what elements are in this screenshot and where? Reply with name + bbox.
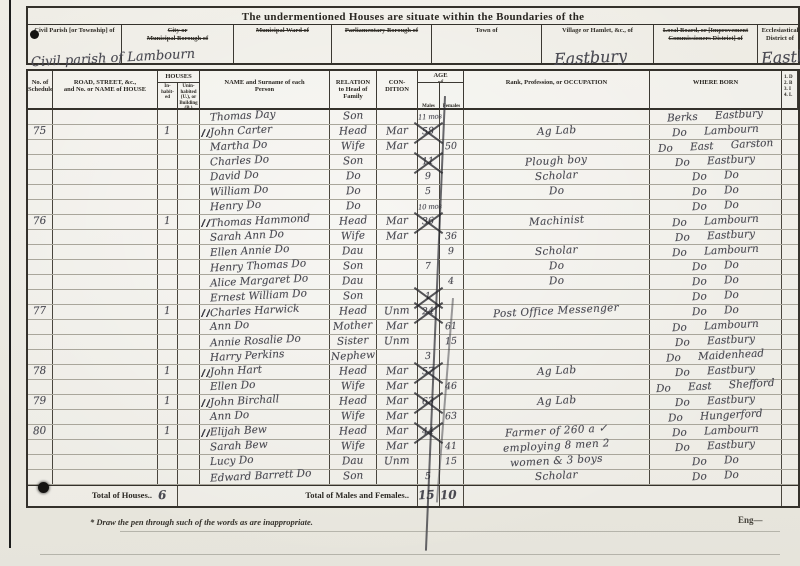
cell-condition: Mar xyxy=(377,125,418,139)
civil-parish-label: Civil Parish [or Township] of xyxy=(28,27,121,35)
cell-relation: Head xyxy=(330,395,377,409)
header-where-born: WHERE BORN xyxy=(650,71,782,110)
schedule-tick-mark xyxy=(201,429,210,437)
cell-infirmity xyxy=(782,110,798,124)
cell-person-name: David Do xyxy=(200,170,330,184)
cell-road-street xyxy=(53,290,158,304)
cell-occupation: Ag Lab xyxy=(464,125,650,139)
corner-mark: Eng— xyxy=(738,515,763,525)
cell-houses-inhabited xyxy=(158,140,178,154)
boundary-header-row: Civil Parish [or Township] of Civil pari… xyxy=(26,25,800,65)
cell-houses-uninhabited xyxy=(178,380,200,394)
cell-schedule-number: 78 xyxy=(28,365,53,379)
cell-occupation xyxy=(464,380,650,394)
cell-age-male xyxy=(418,275,440,289)
table-row: 75 1 John Carter Head Mar 58 Ag Lab Do L… xyxy=(28,125,798,140)
cell-person-name: Thomas Hammond xyxy=(200,215,330,229)
cell-condition: Mar xyxy=(377,320,418,334)
cell-infirmity xyxy=(782,275,798,289)
cell-where-born: Do Eastbury xyxy=(650,230,782,244)
municipal-ward-label: Municipal Ward of xyxy=(234,27,331,35)
table-row: Charles Do Son 11 Plough boy Do Eastbury xyxy=(28,155,798,170)
table-row: Edward Barrett Do Son 5 Scholar Do Do xyxy=(28,470,798,485)
cell-schedule-number xyxy=(28,260,53,274)
cell-occupation: Ag Lab xyxy=(464,395,650,409)
cell-relation: Sister xyxy=(330,335,377,349)
cell-person-name: John Carter xyxy=(200,125,330,139)
table-row: 77 1 Charles Harwick Head Unm 24 Post Of… xyxy=(28,305,798,320)
cell-where-born: Berks Eastbury xyxy=(650,110,782,124)
cell-schedule-number xyxy=(28,380,53,394)
cell-infirmity xyxy=(782,440,798,454)
parliamentary-borough-label: Parliamentary Borough of xyxy=(332,27,431,35)
cell-person-name: John Birchall xyxy=(200,395,330,409)
cell-houses-uninhabited xyxy=(178,470,200,484)
cell-road-street xyxy=(53,200,158,214)
cell-houses-inhabited xyxy=(158,320,178,334)
boundary-cell-civil-parish: Civil Parish [or Township] of Civil pari… xyxy=(28,25,122,63)
cell-condition xyxy=(377,185,418,199)
cell-road-street xyxy=(53,320,158,334)
boundary-banner: The undermentioned Houses are situate wi… xyxy=(26,6,800,25)
cell-occupation xyxy=(464,110,650,124)
table-row: Ellen Do Wife Mar 46 Do East Shefford xyxy=(28,380,798,395)
cell-occupation xyxy=(464,140,650,154)
boundary-cell-town: Town of xyxy=(432,25,542,63)
cell-infirmity xyxy=(782,125,798,139)
cell-relation: Son xyxy=(330,470,377,484)
cell-age-male: 44 xyxy=(418,425,440,439)
cell-condition: Mar xyxy=(377,365,418,379)
cell-road-street xyxy=(53,215,158,229)
cell-road-street xyxy=(53,410,158,424)
cell-houses-uninhabited xyxy=(178,155,200,169)
cell-houses-uninhabited xyxy=(178,200,200,214)
cell-person-name: Elijah Bew xyxy=(200,425,330,439)
cell-schedule-number xyxy=(28,440,53,454)
cell-age-female xyxy=(440,425,464,439)
cell-age-female xyxy=(440,125,464,139)
cell-schedule-number xyxy=(28,110,53,124)
table-row: David Do Do 9 Scholar Do Do xyxy=(28,170,798,185)
cell-age-female xyxy=(440,215,464,229)
cell-age-male: 36 xyxy=(418,215,440,229)
cell-age-female: 50 xyxy=(440,140,464,154)
cell-person-name: Ernest William Do xyxy=(200,290,330,304)
cell-relation: Head xyxy=(330,425,377,439)
cell-road-street xyxy=(53,155,158,169)
cell-person-name: Ellen Annie Do xyxy=(200,245,330,259)
cell-houses-uninhabited xyxy=(178,395,200,409)
cell-where-born: Do Do xyxy=(650,275,782,289)
cell-age-male: 24 xyxy=(418,305,440,319)
cell-condition xyxy=(377,245,418,259)
cell-infirmity xyxy=(782,155,798,169)
header-condition: CON- DITION xyxy=(377,71,418,110)
cell-age-male: 1 xyxy=(418,290,440,304)
cell-occupation: Ag Lab xyxy=(464,365,650,379)
cell-relation: Son xyxy=(330,260,377,274)
total-houses-value: 6 xyxy=(158,486,178,506)
cell-road-street xyxy=(53,425,158,439)
cell-relation: Son xyxy=(330,110,377,124)
cell-relation: Wife xyxy=(330,140,377,154)
cell-where-born: Do Lambourn xyxy=(650,425,782,439)
header-relation: RELATION to Head of Family xyxy=(330,71,377,110)
table-header-row: No. of Schedule ROAD, STREET, &c., and N… xyxy=(28,71,798,110)
cell-relation: Head xyxy=(330,305,377,319)
cell-age-male xyxy=(418,440,440,454)
cell-age-male: 57 xyxy=(418,365,440,379)
table-row: Thomas Day Son 11 mos Berks Eastbury xyxy=(28,110,798,125)
cell-age-male: 5 xyxy=(418,185,440,199)
boundary-cell-municipal-ward: Municipal Ward of xyxy=(234,25,332,63)
cell-relation: Mother xyxy=(330,320,377,334)
table-row: 78 1 John Hart Head Mar 57 Ag Lab Do Eas… xyxy=(28,365,798,380)
table-row: 79 1 John Birchall Head Mar 63 Ag Lab Do… xyxy=(28,395,798,410)
cell-occupation: Do xyxy=(464,275,650,289)
cell-where-born: Do East Shefford xyxy=(650,380,782,394)
scanned-census-page: The undermentioned Houses are situate wi… xyxy=(0,0,800,566)
ecclesiastical-label: Ecclesiastical District of xyxy=(758,27,800,42)
cell-infirmity xyxy=(782,350,798,364)
cell-houses-uninhabited xyxy=(178,185,200,199)
cell-age-male: 5 xyxy=(418,470,440,484)
header-schedule: No. of Schedule xyxy=(28,71,53,110)
cell-where-born: Do Do xyxy=(650,260,782,274)
cell-road-street xyxy=(53,380,158,394)
cell-relation: Head xyxy=(330,125,377,139)
header-age-males: Males xyxy=(418,83,440,110)
header-age-group: AGE of xyxy=(418,71,464,83)
cell-age-male xyxy=(418,320,440,334)
cell-condition xyxy=(377,470,418,484)
cell-age-male xyxy=(418,410,440,424)
ink-blot xyxy=(30,30,39,39)
census-table: No. of Schedule ROAD, STREET, &c., and N… xyxy=(26,69,800,508)
cell-occupation: women & 3 boys xyxy=(464,455,650,469)
cell-age-female xyxy=(440,200,464,214)
cell-houses-inhabited: 1 xyxy=(158,125,178,139)
schedule-tick-mark xyxy=(201,129,210,137)
cell-houses-uninhabited xyxy=(178,455,200,469)
village-value: Eastbury xyxy=(554,46,628,69)
cell-houses-inhabited: 1 xyxy=(158,365,178,379)
footer-row: * Draw the pen through such of the words… xyxy=(26,517,800,531)
cell-where-born: Do Do xyxy=(650,455,782,469)
table-row: 76 1 Thomas Hammond Head Mar 36 Machinis… xyxy=(28,215,798,230)
total-females-value: 10 xyxy=(440,486,464,506)
cell-age-female: 9 xyxy=(440,245,464,259)
totals-row: Total of Houses.. 6 Total of Males and F… xyxy=(28,485,798,506)
header-name: NAME and Surname of each Person xyxy=(200,71,330,110)
cell-infirmity xyxy=(782,215,798,229)
cell-schedule-number xyxy=(28,335,53,349)
cell-occupation xyxy=(464,350,650,364)
cell-relation: Wife xyxy=(330,410,377,424)
table-row: Martha Do Wife Mar 50 Do East Garston xyxy=(28,140,798,155)
cell-occupation xyxy=(464,230,650,244)
cell-road-street xyxy=(53,110,158,124)
cell-infirmity xyxy=(782,335,798,349)
cell-houses-uninhabited xyxy=(178,125,200,139)
cell-houses-inhabited xyxy=(158,170,178,184)
cell-infirmity xyxy=(782,290,798,304)
cell-condition: Mar xyxy=(377,395,418,409)
cell-where-born: Do Do xyxy=(650,170,782,184)
cell-infirmity xyxy=(782,245,798,259)
cell-where-born: Do Lambourn xyxy=(650,215,782,229)
cell-person-name: Ann Do xyxy=(200,410,330,424)
cell-person-name: Charles Do xyxy=(200,155,330,169)
cell-infirmity xyxy=(782,185,798,199)
total-males-value: 15 xyxy=(418,486,440,506)
cell-schedule-number xyxy=(28,320,53,334)
cell-age-female: 61 xyxy=(440,320,464,334)
table-row: Ellen Annie Do Dau 9 Scholar Do Lambourn xyxy=(28,245,798,260)
ink-blot xyxy=(38,482,49,493)
header-occupation: Rank, Profession, or OCCUPATION xyxy=(464,71,650,110)
cell-houses-inhabited xyxy=(158,185,178,199)
cell-infirmity xyxy=(782,140,798,154)
cell-relation: Wife xyxy=(330,380,377,394)
cell-condition: Mar xyxy=(377,380,418,394)
cell-age-female xyxy=(440,110,464,124)
cell-age-female: 63 xyxy=(440,410,464,424)
cell-relation: Do xyxy=(330,170,377,184)
cell-age-female: 36 xyxy=(440,230,464,244)
cell-age-male: 10 mos xyxy=(418,200,440,214)
header-age-females: Females xyxy=(440,83,464,110)
cell-age-female: 15 xyxy=(440,335,464,349)
table-row: Ernest William Do Son 1 Do Do xyxy=(28,290,798,305)
cell-person-name: Alice Margaret Do xyxy=(200,275,330,289)
cell-relation: Nephew xyxy=(330,350,377,364)
cell-houses-uninhabited xyxy=(178,230,200,244)
cell-age-male xyxy=(418,140,440,154)
cell-person-name: Thomas Day xyxy=(200,110,330,124)
cell-occupation: Post Office Messenger xyxy=(464,305,650,319)
cell-houses-uninhabited xyxy=(178,245,200,259)
table-row: Henry Do Do 10 mos Do Do xyxy=(28,200,798,215)
cell-infirmity xyxy=(782,260,798,274)
cell-schedule-number xyxy=(28,200,53,214)
cell-houses-inhabited xyxy=(158,350,178,364)
cell-person-name: Ellen Do xyxy=(200,380,330,394)
cell-person-name: Ann Do xyxy=(200,320,330,334)
cell-houses-inhabited xyxy=(158,290,178,304)
cell-condition xyxy=(377,275,418,289)
cell-occupation: Scholar xyxy=(464,170,650,184)
cell-person-name: Annie Rosalie Do xyxy=(200,335,330,349)
cell-schedule-number xyxy=(28,275,53,289)
cell-relation: Head xyxy=(330,215,377,229)
cell-where-born: Do Lambourn xyxy=(650,320,782,334)
cell-age-female xyxy=(440,365,464,379)
cell-person-name: Henry Thomas Do xyxy=(200,260,330,274)
totals-occupation-empty xyxy=(464,486,782,506)
cell-schedule-number xyxy=(28,230,53,244)
cell-houses-uninhabited xyxy=(178,215,200,229)
footnote: * Draw the pen through such of the words… xyxy=(90,517,313,527)
cell-occupation xyxy=(464,335,650,349)
cell-age-male xyxy=(418,245,440,259)
cell-relation: Wife xyxy=(330,230,377,244)
local-board-label: Local Board, or [Improvement Commissione… xyxy=(654,27,757,42)
cell-road-street xyxy=(53,185,158,199)
totals-right-empty xyxy=(782,486,798,506)
cell-infirmity xyxy=(782,305,798,319)
cell-occupation: Plough boy xyxy=(464,155,650,169)
cell-occupation xyxy=(464,410,650,424)
cell-infirmity xyxy=(782,230,798,244)
cell-road-street xyxy=(53,140,158,154)
cell-condition xyxy=(377,170,418,184)
table-row: Lucy Do Dau Unm 15 women & 3 boys Do Do xyxy=(28,455,798,470)
boundary-cell-village: Village or Hamlet, &c., of Eastbury xyxy=(542,25,654,63)
cell-houses-uninhabited xyxy=(178,335,200,349)
cell-age-female xyxy=(440,305,464,319)
table-row: Harry Perkins Nephew 3 Do Maidenhead xyxy=(28,350,798,365)
cell-person-name: William Do xyxy=(200,185,330,199)
cell-road-street xyxy=(53,440,158,454)
cell-road-street xyxy=(53,470,158,484)
cell-age-male: 58 xyxy=(418,125,440,139)
cell-schedule-number xyxy=(28,410,53,424)
cell-road-street xyxy=(53,395,158,409)
cell-relation: Son xyxy=(330,290,377,304)
cell-condition xyxy=(377,110,418,124)
cell-road-street xyxy=(53,245,158,259)
cell-houses-inhabited xyxy=(158,245,178,259)
header-uninhabited: Unin- habited (U.), or Building (B.) xyxy=(178,83,200,110)
cell-condition: Mar xyxy=(377,215,418,229)
cell-relation: Do xyxy=(330,185,377,199)
cell-infirmity xyxy=(782,380,798,394)
village-label: Village or Hamlet, &c., of xyxy=(542,27,653,35)
cell-houses-inhabited xyxy=(158,470,178,484)
cell-schedule-number xyxy=(28,350,53,364)
table-row: Ann Do Mother Mar 61 Do Lambourn xyxy=(28,320,798,335)
cell-relation: Head xyxy=(330,365,377,379)
cell-road-street xyxy=(53,455,158,469)
cell-where-born: Do Eastbury xyxy=(650,440,782,454)
cell-condition xyxy=(377,290,418,304)
table-row: Sarah Ann Do Wife Mar 36 Do Eastbury xyxy=(28,230,798,245)
schedule-tick-mark xyxy=(201,369,210,377)
cell-houses-inhabited xyxy=(158,410,178,424)
cell-houses-uninhabited xyxy=(178,140,200,154)
cell-person-name: Martha Do xyxy=(200,140,330,154)
cell-schedule-number: 79 xyxy=(28,395,53,409)
cell-occupation: Scholar xyxy=(464,470,650,484)
cell-relation: Son xyxy=(330,155,377,169)
cell-infirmity xyxy=(782,470,798,484)
cell-infirmity xyxy=(782,425,798,439)
ecclesiastical-value: Eastbury xyxy=(761,45,800,63)
cell-person-name: Harry Perkins xyxy=(200,350,330,364)
cell-where-born: Do Do xyxy=(650,470,782,484)
cell-houses-uninhabited xyxy=(178,440,200,454)
cell-schedule-number xyxy=(28,455,53,469)
cell-age-female: 15 xyxy=(440,455,464,469)
cell-houses-inhabited xyxy=(158,455,178,469)
cell-age-female: 4 xyxy=(440,275,464,289)
cell-condition xyxy=(377,155,418,169)
cell-occupation: Do xyxy=(464,260,650,274)
cell-houses-inhabited: 1 xyxy=(158,305,178,319)
cell-condition: Unm xyxy=(377,335,418,349)
cell-relation: Dau xyxy=(330,275,377,289)
cell-road-street xyxy=(53,335,158,349)
table-row: Henry Thomas Do Son 7 Do Do Do xyxy=(28,260,798,275)
cell-houses-uninhabited xyxy=(178,365,200,379)
cell-age-female: 41 xyxy=(440,440,464,454)
cell-age-female xyxy=(440,290,464,304)
header-inhabited: In- habit- ed xyxy=(158,83,178,110)
cell-schedule-number xyxy=(28,290,53,304)
header-road-street: ROAD, STREET, &c., and No. or NAME of HO… xyxy=(53,71,158,110)
cell-schedule-number xyxy=(28,140,53,154)
cell-occupation: Do xyxy=(464,185,650,199)
cell-schedule-number: 80 xyxy=(28,425,53,439)
cell-houses-uninhabited xyxy=(178,425,200,439)
table-row: Annie Rosalie Do Sister Unm 15 Do Eastbu… xyxy=(28,335,798,350)
cell-houses-uninhabited xyxy=(178,410,200,424)
census-document: The undermentioned Houses are situate wi… xyxy=(26,6,800,531)
census-rows: Thomas Day Son 11 mos Berks Eastbury 75 … xyxy=(28,110,798,485)
cell-houses-inhabited xyxy=(158,440,178,454)
cell-where-born: Do Do xyxy=(650,185,782,199)
cell-person-name: Sarah Bew xyxy=(200,440,330,454)
cell-occupation: employing 8 men 2 xyxy=(464,440,650,454)
cell-condition: Mar xyxy=(377,410,418,424)
cell-road-street xyxy=(53,350,158,364)
cell-road-street xyxy=(53,125,158,139)
cell-road-street xyxy=(53,230,158,244)
cell-person-name: Edward Barrett Do xyxy=(200,470,330,484)
cell-condition: Mar xyxy=(377,140,418,154)
cell-houses-inhabited xyxy=(158,200,178,214)
cell-houses-uninhabited xyxy=(178,290,200,304)
total-males-females-label: Total of Males and Females.. xyxy=(178,486,418,506)
cell-schedule-number xyxy=(28,245,53,259)
boundary-cell-ecclesiastical: Ecclesiastical District of Eastbury xyxy=(758,25,800,63)
cell-age-female xyxy=(440,260,464,274)
cell-schedule-number xyxy=(28,185,53,199)
cell-condition: Mar xyxy=(377,440,418,454)
cell-condition: Mar xyxy=(377,425,418,439)
cell-infirmity xyxy=(782,365,798,379)
cell-houses-uninhabited xyxy=(178,320,200,334)
cell-person-name: Charles Harwick xyxy=(200,305,330,319)
cell-where-born: Do Do xyxy=(650,200,782,214)
cell-age-male: 3 xyxy=(418,350,440,364)
cell-houses-inhabited xyxy=(158,335,178,349)
table-row: Ann Do Wife Mar 63 Do Hungerford xyxy=(28,410,798,425)
cell-where-born: Do East Garston xyxy=(650,140,782,154)
cell-schedule-number: 77 xyxy=(28,305,53,319)
cell-age-female xyxy=(440,185,464,199)
cell-road-street xyxy=(53,170,158,184)
cell-occupation: Farmer of 260 a ✓ xyxy=(464,425,650,439)
cell-schedule-number: 76 xyxy=(28,215,53,229)
cell-houses-uninhabited xyxy=(178,110,200,124)
cell-condition: Unm xyxy=(377,305,418,319)
cell-houses-inhabited: 1 xyxy=(158,425,178,439)
header-infirmity: 1. D 2. B 3. I 4. L xyxy=(782,71,798,110)
cell-relation: Wife xyxy=(330,440,377,454)
